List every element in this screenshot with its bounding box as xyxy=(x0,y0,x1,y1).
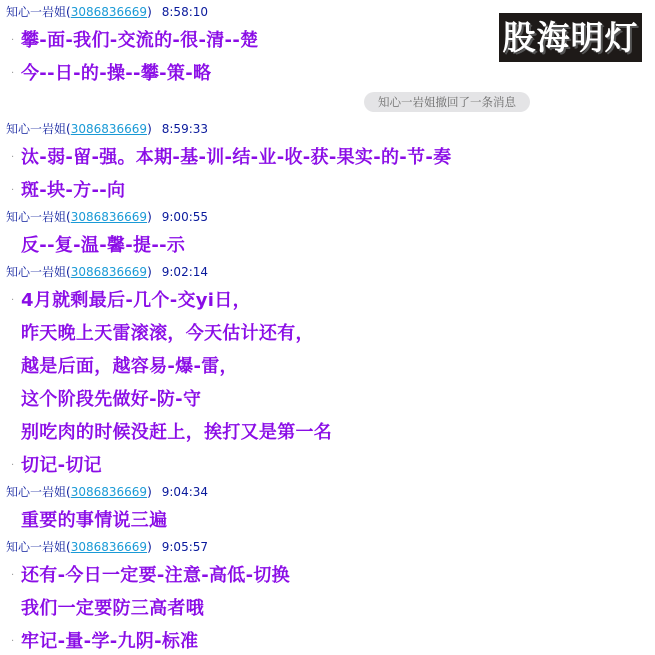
message-line: ·今--日-的-操--攀-策-略 xyxy=(21,60,211,88)
message-header: 知心一岩姐(3086836669)9:05:57 xyxy=(6,539,208,555)
message-line: ·还有-今日一定要-注意-高低-切换 xyxy=(21,562,290,590)
sender-qq-link[interactable]: 3086836669 xyxy=(71,485,147,499)
sender-qq-link[interactable]: 3086836669 xyxy=(71,540,147,554)
message-line: 越是后面，越容易-爆-雷， xyxy=(21,353,238,381)
message-line: ·斑-块-方--向 xyxy=(21,177,125,205)
message-time: 9:05:57 xyxy=(162,540,208,554)
message-header: 知心一岩姐(3086836669)9:04:34 xyxy=(6,484,208,500)
recall-notice: 知心一岩姐撤回了一条消息 xyxy=(364,92,530,112)
message-header: 知心一岩姐(3086836669)9:00:55 xyxy=(6,209,208,225)
message-line: 昨天晚上天雷滚滚，今天估计还有， xyxy=(21,320,314,348)
message-line: 我们一定要防三高者哦 xyxy=(21,595,204,623)
bullet-icon: · xyxy=(11,27,14,55)
bullet-icon: · xyxy=(11,628,14,655)
message-line: ·汰-弱-留-强。本期-基-训-结-业-收-获-果实-的-节-奏 xyxy=(21,144,451,172)
message-time: 8:58:10 xyxy=(162,5,208,19)
sender-name: 知心一岩姐 xyxy=(6,210,66,224)
message-line: 别吃肉的时候没赶上，挨打又是第一名 xyxy=(21,419,332,447)
bullet-icon: · xyxy=(11,177,14,205)
message-time: 9:02:14 xyxy=(162,265,208,279)
bullet-icon: · xyxy=(11,60,14,88)
sender-name: 知心一岩姐 xyxy=(6,265,66,279)
bullet-icon: · xyxy=(11,287,14,315)
message-line: ·切记-切记 xyxy=(21,452,102,480)
sender-qq-link[interactable]: 3086836669 xyxy=(71,5,147,19)
message-header: 知心一岩姐(3086836669)8:58:10 xyxy=(6,4,208,20)
sender-name: 知心一岩姐 xyxy=(6,5,66,19)
message-time: 8:59:33 xyxy=(162,122,208,136)
sender-qq-link[interactable]: 3086836669 xyxy=(71,265,147,279)
message-line: ·4月就剩最后-几个-交yi日， xyxy=(21,287,251,315)
bullet-icon: · xyxy=(11,452,14,480)
message-header: 知心一岩姐(3086836669)9:02:14 xyxy=(6,264,208,280)
watermark-logo: 股海明灯 xyxy=(499,13,642,62)
message-line: 反--复-温-馨-提--示 xyxy=(21,232,185,260)
message-line: 重要的事情说三遍 xyxy=(21,507,167,535)
message-header: 知心一岩姐(3086836669)8:59:33 xyxy=(6,121,208,137)
bullet-icon: · xyxy=(11,562,14,590)
message-time: 9:04:34 xyxy=(162,485,208,499)
message-line: ·牢记-量-学-九阴-标准 xyxy=(21,628,198,655)
sender-name: 知心一岩姐 xyxy=(6,122,66,136)
sender-qq-link[interactable]: 3086836669 xyxy=(71,210,147,224)
message-line: 这个阶段先做好-防-守 xyxy=(21,386,201,414)
sender-name: 知心一岩姐 xyxy=(6,485,66,499)
sender-name: 知心一岩姐 xyxy=(6,540,66,554)
bullet-icon: · xyxy=(11,144,14,172)
message-time: 9:00:55 xyxy=(162,210,208,224)
sender-qq-link[interactable]: 3086836669 xyxy=(71,122,147,136)
message-line: ·攀-面-我们-交流的-很-清--楚 xyxy=(21,27,258,55)
